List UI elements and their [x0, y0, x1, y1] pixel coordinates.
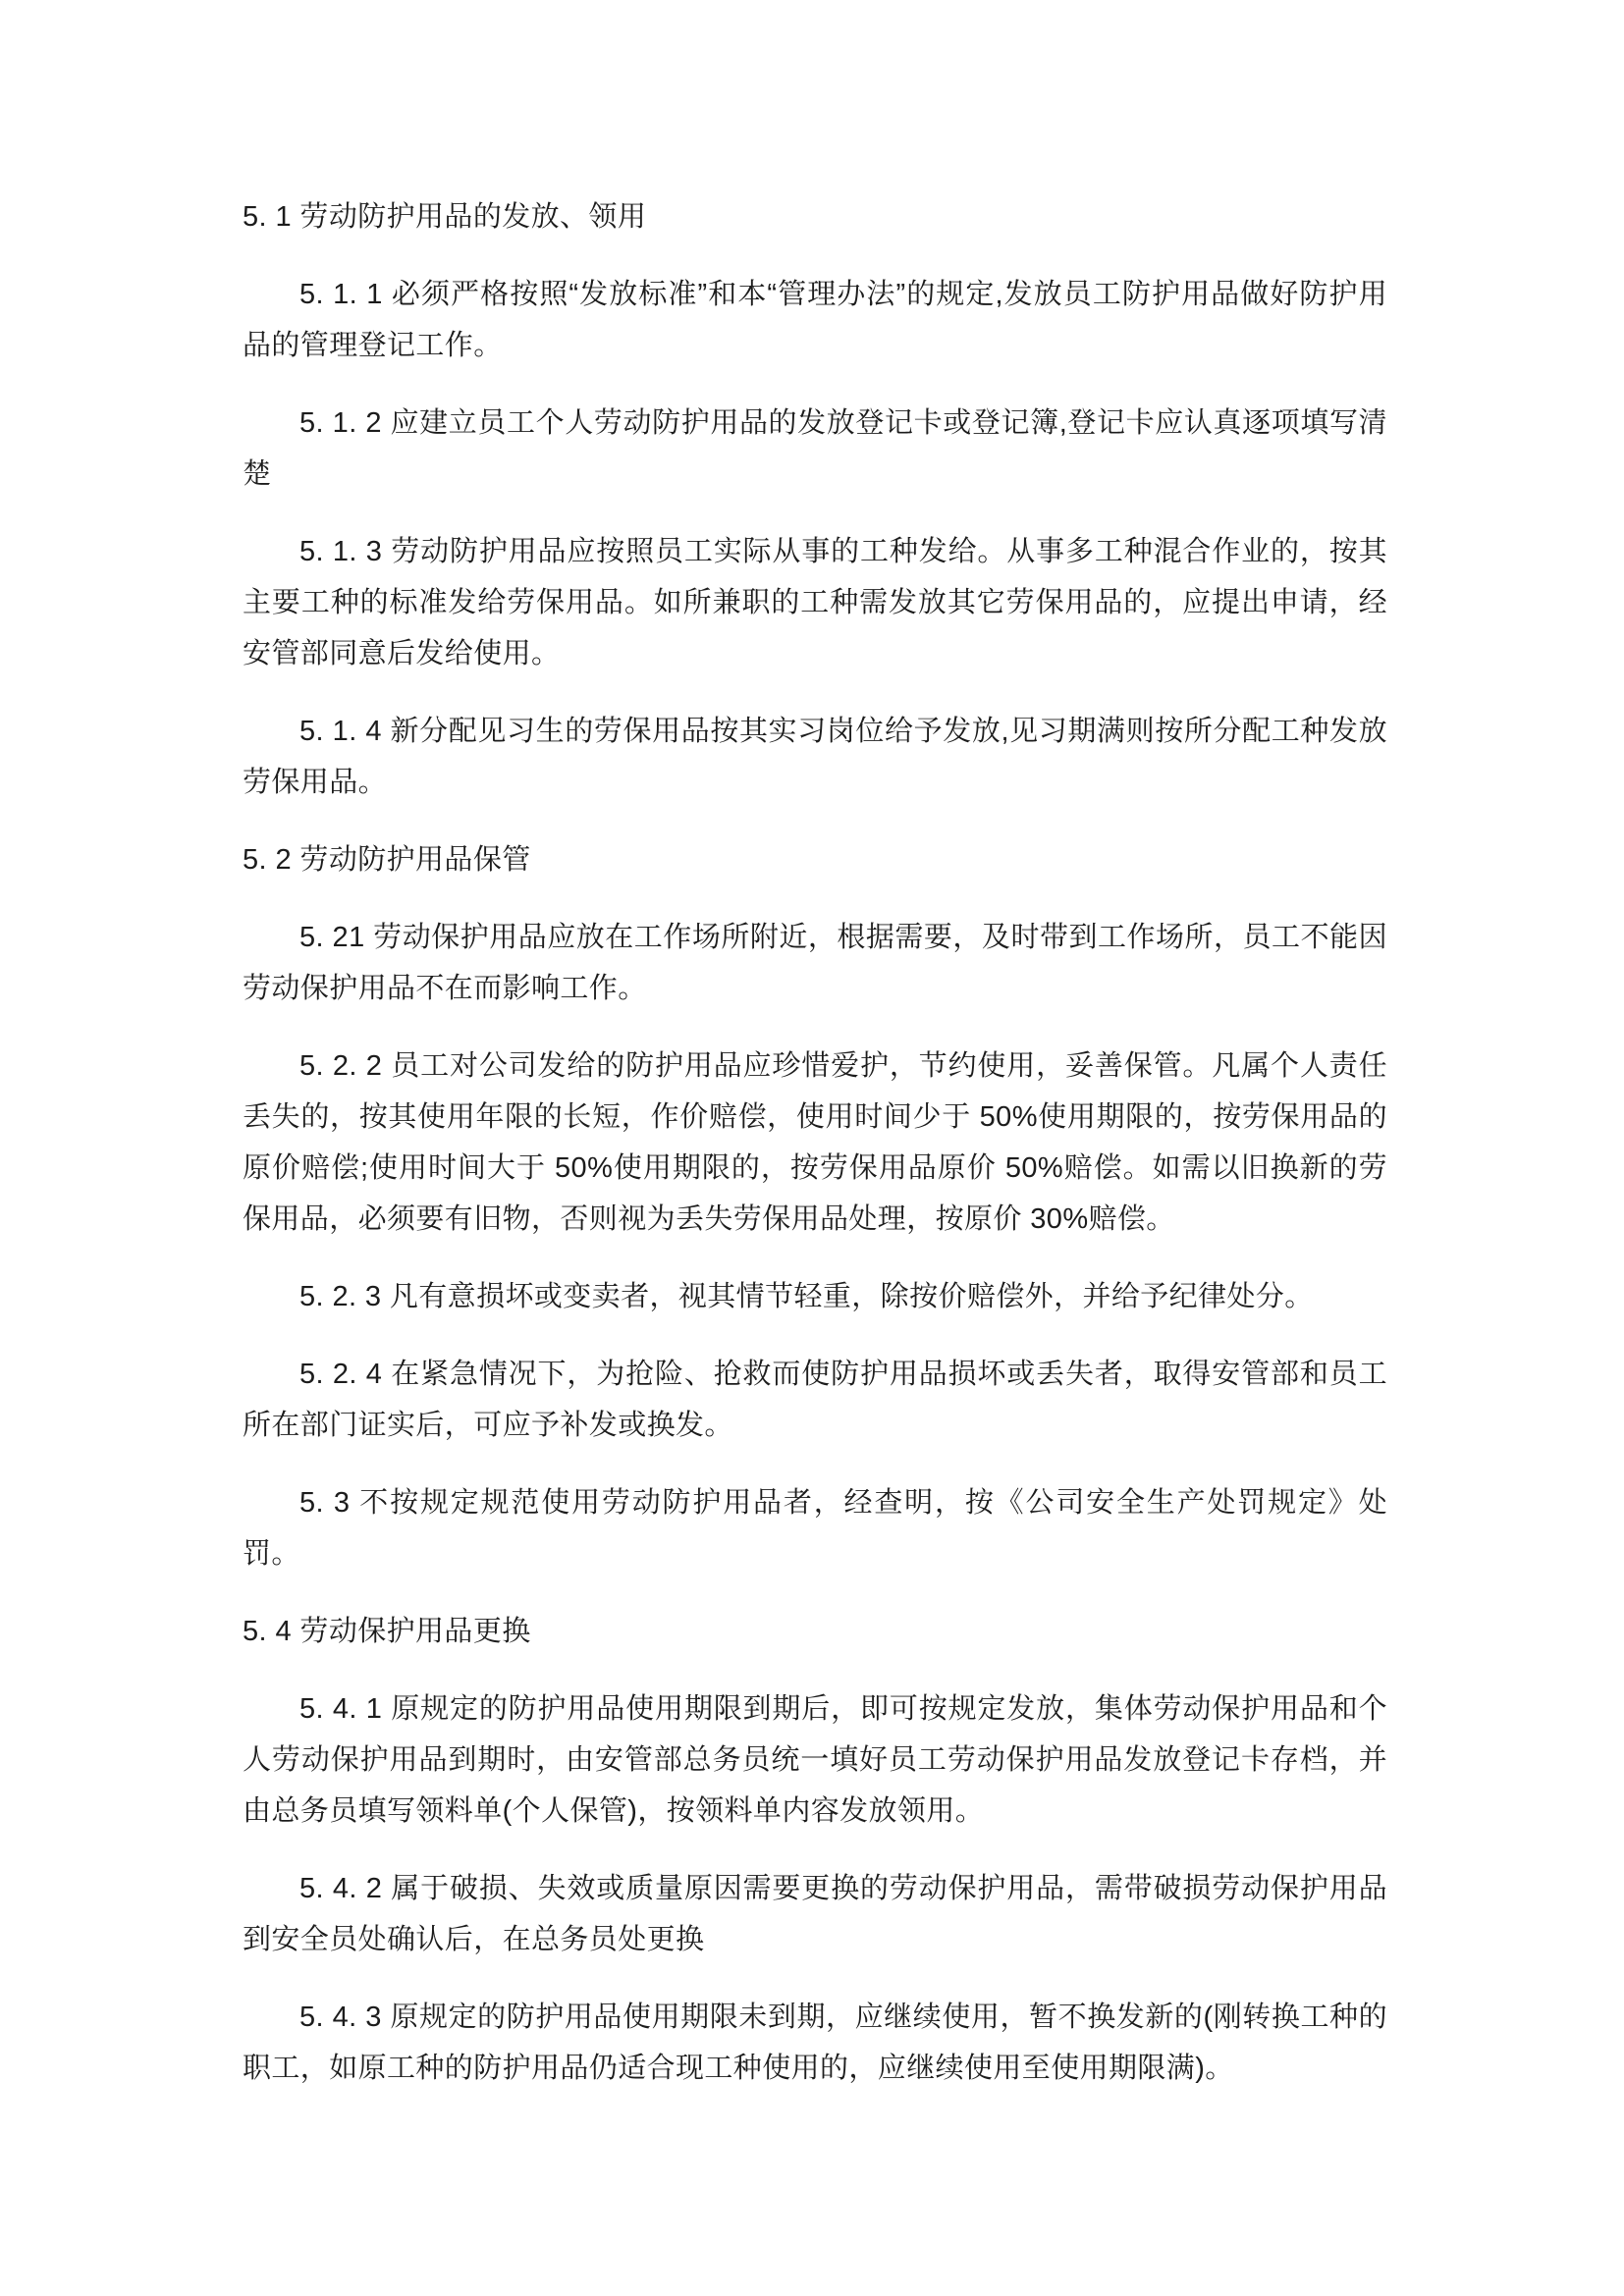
paragraph: 5. 1. 2 应建立员工个人劳动防护用品的发放登记卡或登记簿,登记卡应认真逐项…	[243, 398, 1387, 500]
paragraph: 5. 1. 1 必须严格按照“发放标准”和本“管理办法”的规定,发放员工防护用品…	[243, 269, 1387, 371]
paragraph: 5. 2. 4 在紧急情况下，为抢险、抢救而使防护用品损坏或丢失者，取得安管部和…	[243, 1349, 1387, 1451]
section-heading: 5. 1 劳动防护用品的发放、领用	[243, 191, 1387, 242]
section-heading: 5. 2 劳动防护用品保管	[243, 834, 1387, 885]
paragraph: 5. 1. 3 劳动防护用品应按照员工实际从事的工种发给。从事多工种混合作业的，…	[243, 526, 1387, 679]
paragraph: 5. 4. 1 原规定的防护用品使用期限到期后，即可按规定发放，集体劳动保护用品…	[243, 1683, 1387, 1837]
document-body: 5. 1 劳动防护用品的发放、领用5. 1. 1 必须严格按照“发放标准”和本“…	[243, 191, 1387, 2094]
paragraph: 5. 3 不按规定规范使用劳动防护用品者，经查明，按《公司安全生产处罚规定》处罚…	[243, 1477, 1387, 1579]
section-heading: 5. 4 劳动保护用品更换	[243, 1606, 1387, 1657]
document-page: 5. 1 劳动防护用品的发放、领用5. 1. 1 必须严格按照“发放标准”和本“…	[0, 0, 1624, 2296]
paragraph: 5. 4. 2 属于破损、失效或质量原因需要更换的劳动保护用品，需带破损劳动保护…	[243, 1863, 1387, 1965]
paragraph: 5. 4. 3 原规定的防护用品使用期限未到期，应继续使用，暂不换发新的(刚转换…	[243, 1992, 1387, 2094]
paragraph: 5. 2. 3 凡有意损坏或变卖者，视其情节轻重，除按价赔偿外，并给予纪律处分。	[243, 1271, 1387, 1322]
paragraph: 5. 2. 2 员工对公司发给的防护用品应珍惜爱护，节约使用，妥善保管。凡属个人…	[243, 1041, 1387, 1245]
paragraph: 5. 21 劳动保护用品应放在工作场所附近，根据需要，及时带到工作场所，员工不能…	[243, 912, 1387, 1014]
paragraph: 5. 1. 4 新分配见习生的劳保用品按其实习岗位给予发放,见习期满则按所分配工…	[243, 706, 1387, 808]
